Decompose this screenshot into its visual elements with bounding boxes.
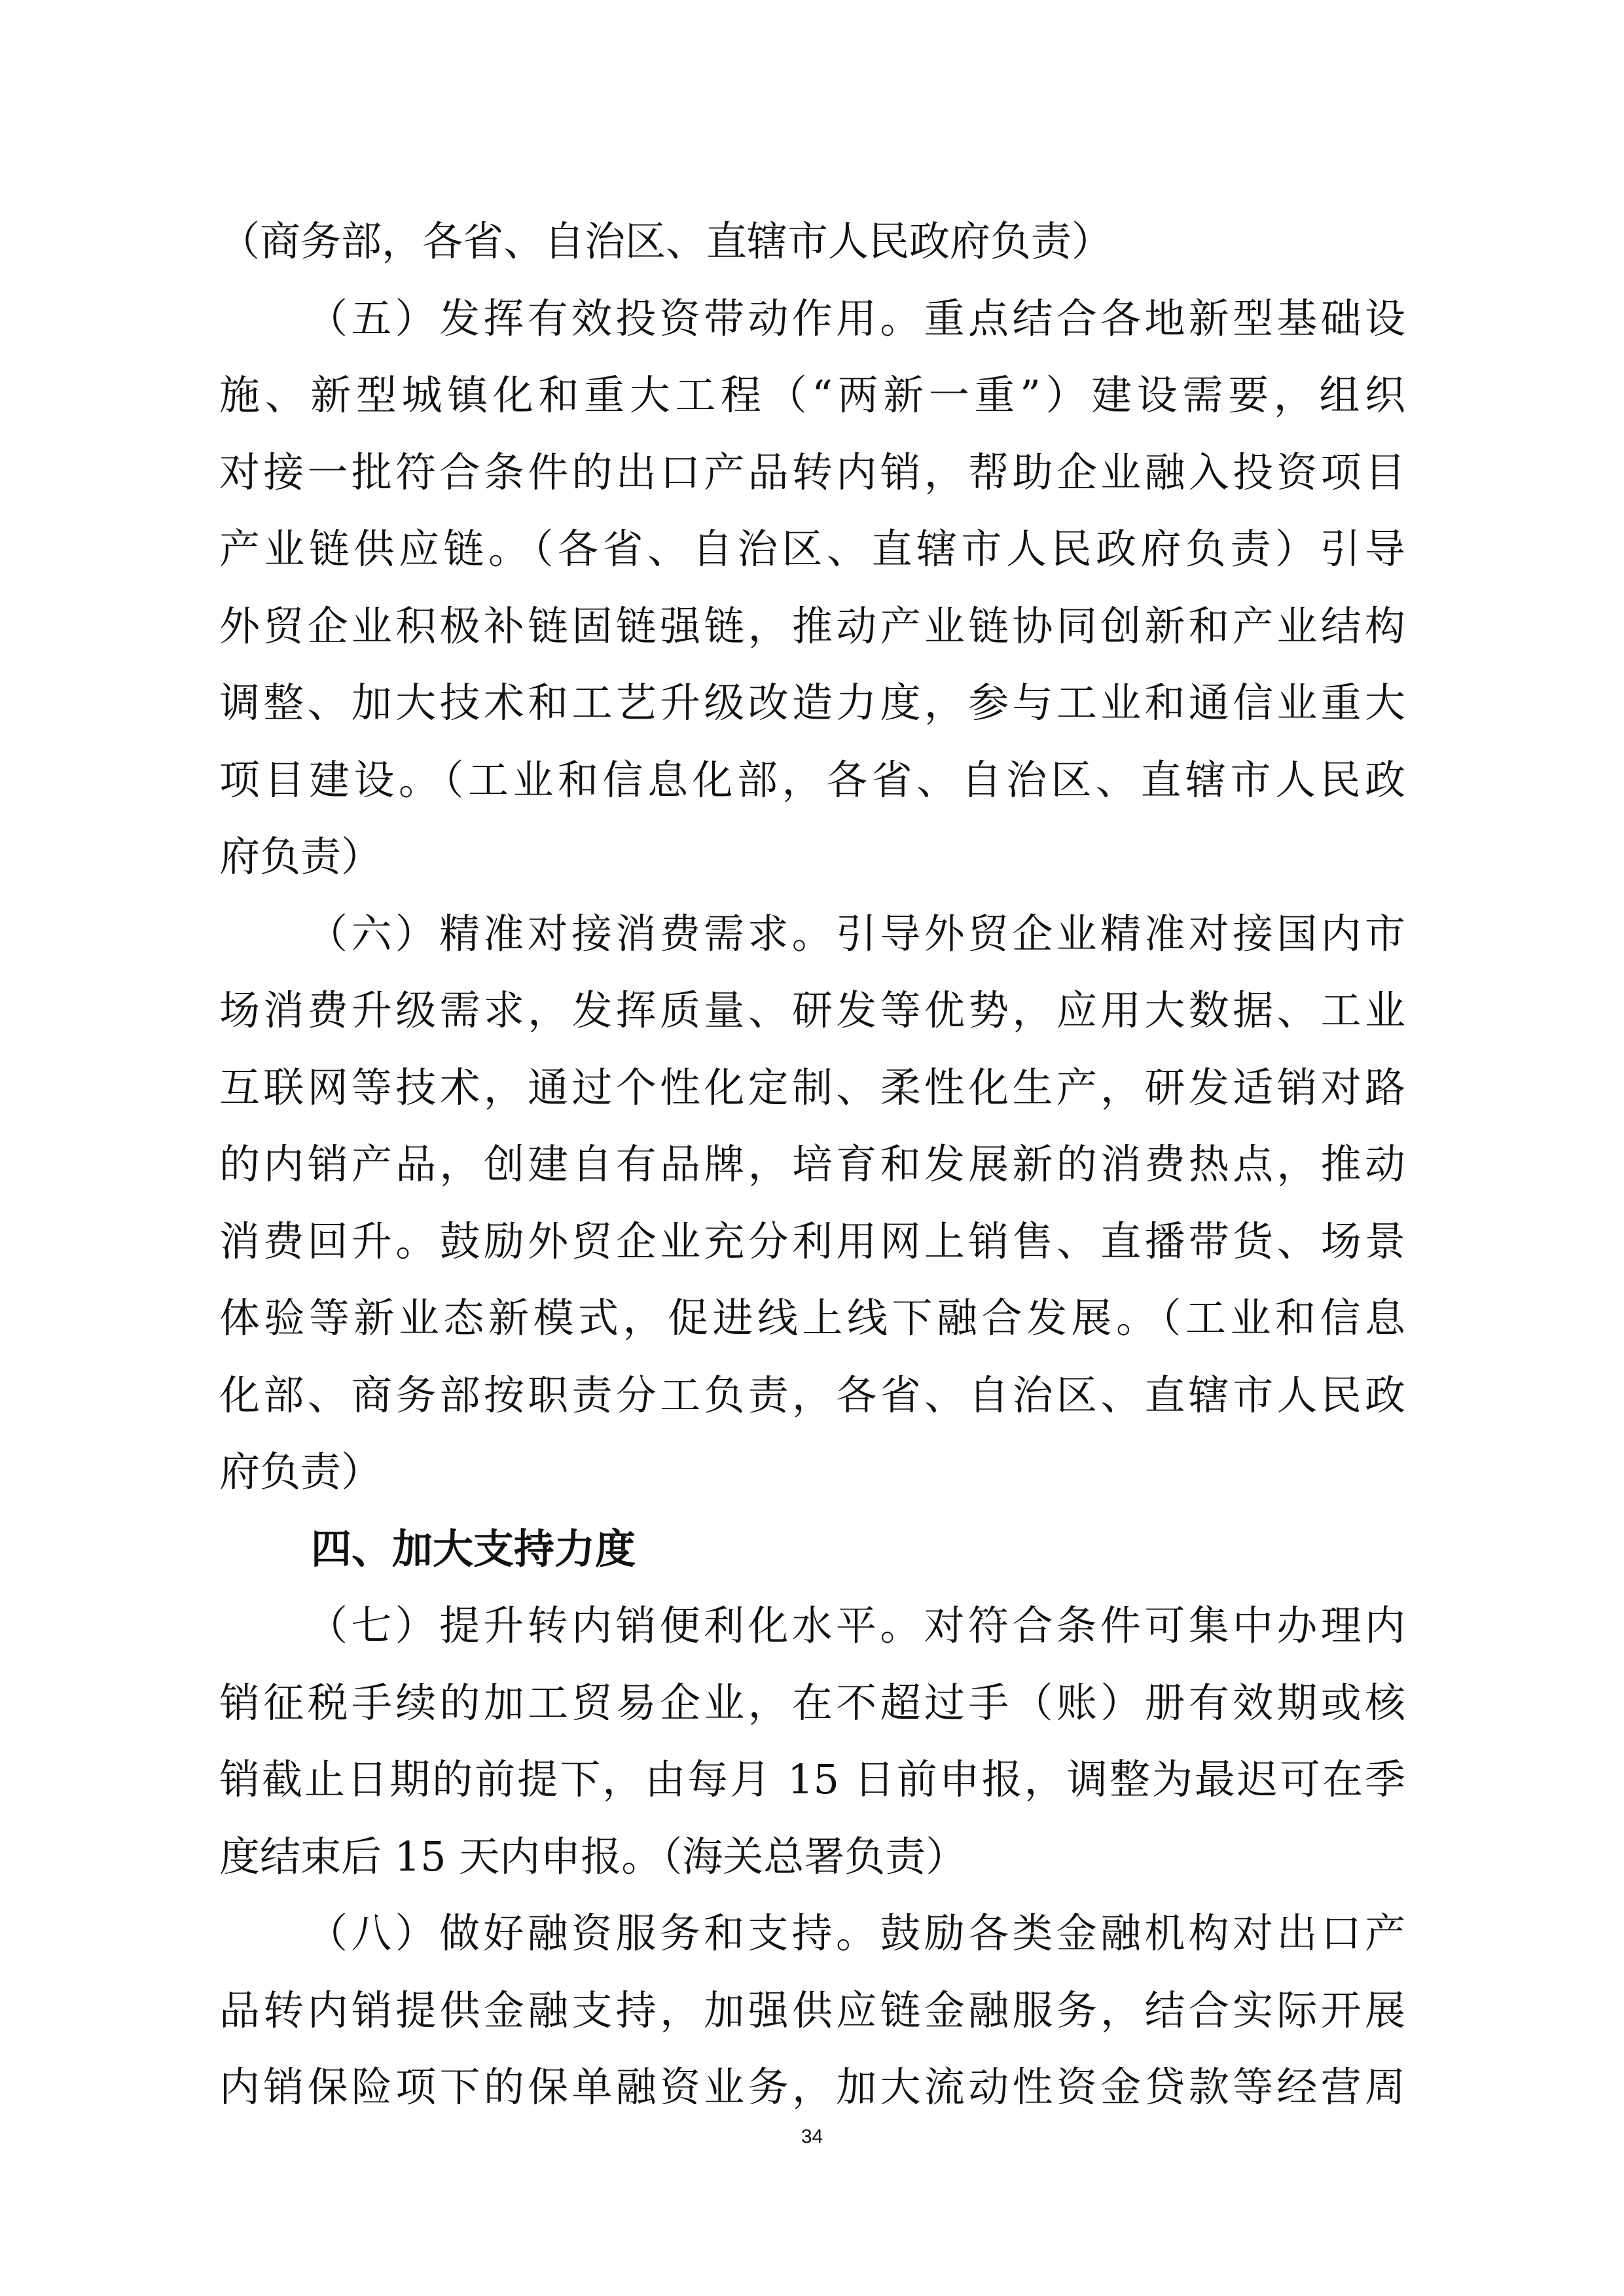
paragraph-7-line: 销征税手续的加工贸易企业，在不超过手（账）册有效期或核 (219, 1664, 1405, 1742)
paragraph-5-line: 府负责） (219, 818, 1405, 895)
paragraph-5-line: 外贸企业积极补链固链强链，推动产业链协同创新和产业结构 (219, 588, 1405, 665)
section-heading: 四、加大支持力度 (219, 1511, 1405, 1588)
paragraph-5-line: 调整、加大技术和工艺升级改造力度，参与工业和通信业重大 (219, 664, 1405, 742)
paragraph-7-line: 销截止日期的前提下，由每月 15 日前申报，调整为最迟可在季 (219, 1741, 1405, 1818)
paragraph-6-line: 场消费升级需求，发挥质量、研发等优势，应用大数据、工业 (219, 972, 1405, 1049)
paragraph-7-line: 度结束后 15 天内申报。（海关总署负责） (219, 1818, 1405, 1895)
paragraph-5-line: 施、新型城镇化和重大工程（“两新一重”）建设需要，组织 (219, 357, 1405, 434)
paragraph-6-line: 互联网等技术，通过个性化定制、柔性化生产，研发适销对路 (219, 1049, 1405, 1126)
paragraph-8-line: （八）做好融资服务和支持。鼓励各类金融机构对出口产 (219, 1895, 1405, 1972)
paragraph-6-line: 化部、商务部按职责分工负责，各省、自治区、直辖市人民政 (219, 1357, 1405, 1434)
page-number: 34 (0, 2126, 1624, 2148)
document-body: （商务部，各省、自治区、直辖市人民政府负责） （五）发挥有效投资带动作用。重点结… (219, 203, 1405, 2126)
paragraph-6-line: （六）精准对接消费需求。引导外贸企业精准对接国内市 (219, 895, 1405, 973)
paragraph-continuation-line: （商务部，各省、自治区、直辖市人民政府负责） (219, 203, 1405, 280)
paragraph-6-line: 府负责） (219, 1433, 1405, 1511)
paragraph-6-line: 体验等新业态新模式，促进线上线下融合发展。（工业和信息 (219, 1280, 1405, 1357)
paragraph-5-line: 项目建设。（工业和信息化部，各省、自治区、直辖市人民政 (219, 742, 1405, 819)
paragraph-5-line: 对接一批符合条件的出口产品转内销，帮助企业融入投资项目 (219, 434, 1405, 511)
paragraph-6-line: 的内销产品，创建自有品牌，培育和发展新的消费热点，推动 (219, 1126, 1405, 1203)
paragraph-6-line: 消费回升。鼓励外贸企业充分利用网上销售、直播带货、场景 (219, 1203, 1405, 1280)
paragraph-5-line: （五）发挥有效投资带动作用。重点结合各地新型基础设 (219, 280, 1405, 357)
paragraph-8-line: 内销保险项下的保单融资业务，加大流动性资金贷款等经营周 (219, 2049, 1405, 2126)
paragraph-5-line: 产业链供应链。（各省、自治区、直辖市人民政府负责）引导 (219, 511, 1405, 588)
paragraph-8-line: 品转内销提供金融支持，加强供应链金融服务，结合实际开展 (219, 1972, 1405, 2049)
paragraph-7-line: （七）提升转内销便利化水平。对符合条件可集中办理内 (219, 1587, 1405, 1664)
